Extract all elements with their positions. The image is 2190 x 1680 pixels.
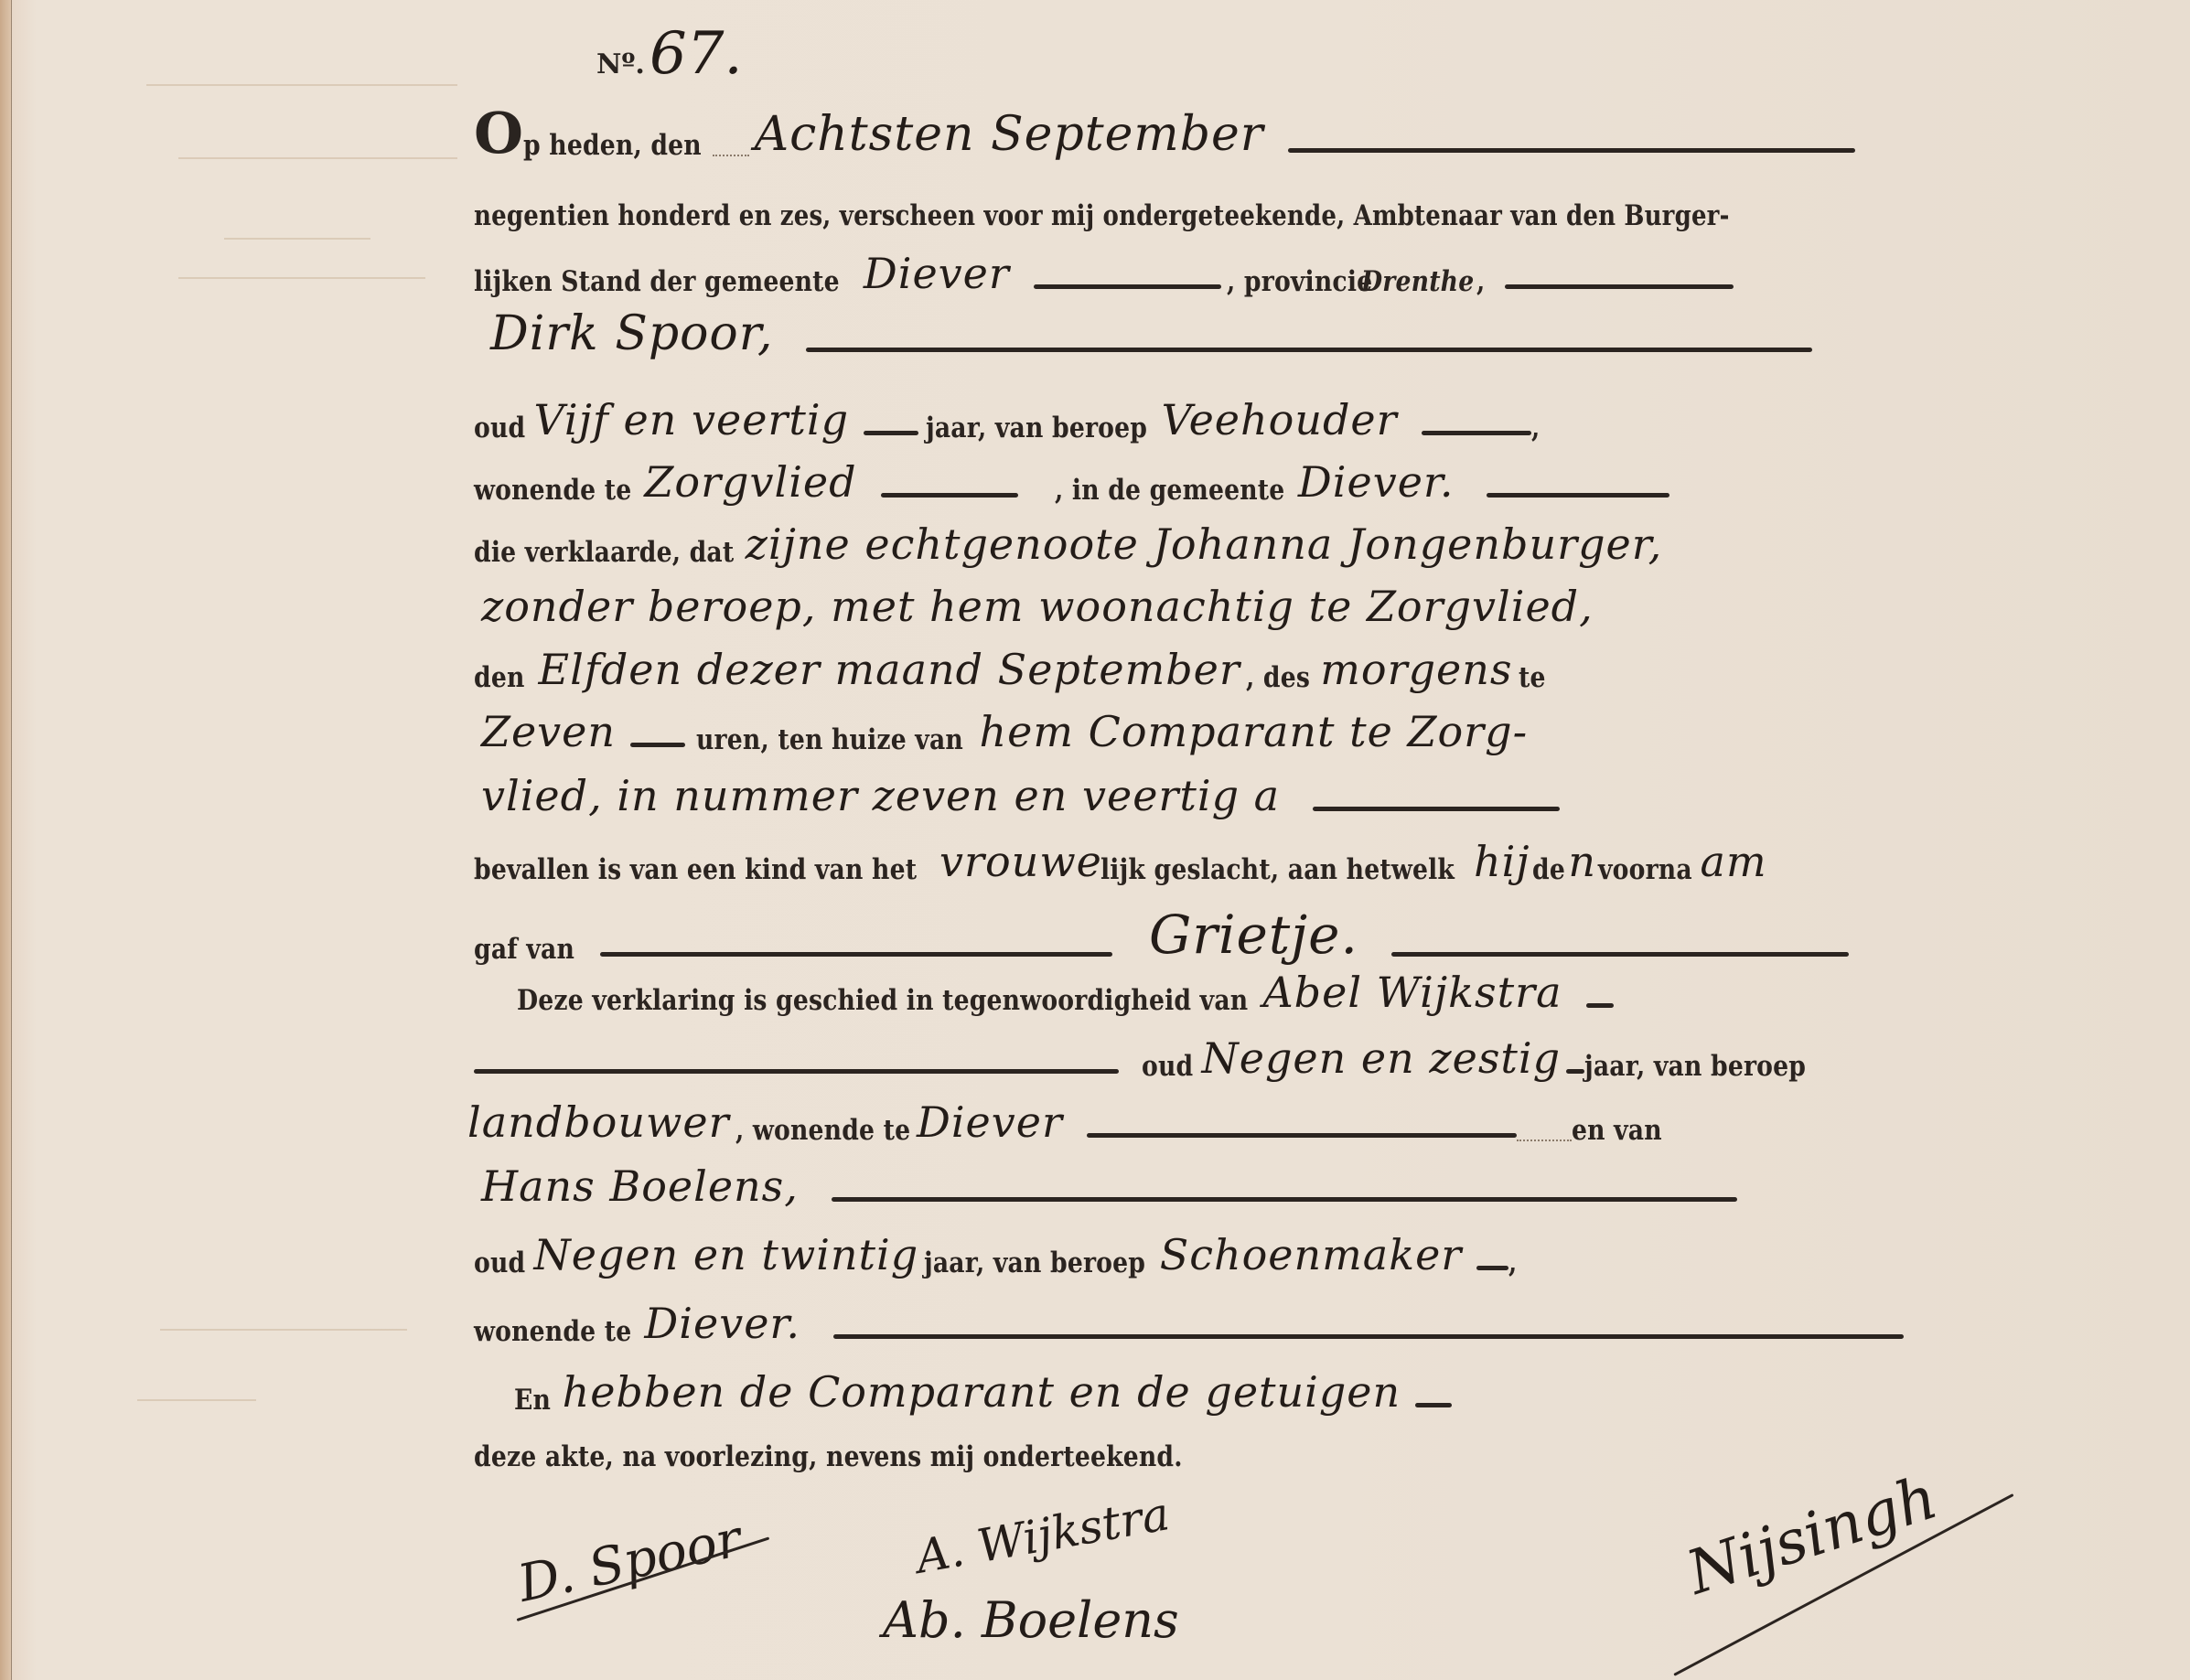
- handwritten-insert: am: [1701, 837, 1767, 886]
- handwritten-municipality: Diever: [864, 249, 1010, 298]
- fill-line: [881, 493, 1018, 498]
- handwritten-witness1-residence: Diever: [917, 1097, 1063, 1147]
- line-residence: wonende te Zorgvlied , in de gemeente Di…: [474, 457, 1669, 507]
- line-date: O p heden, den Achtsten September: [474, 105, 1855, 162]
- printed-text: deze akte, na voorlezing, nevens mij ond…: [474, 1440, 1183, 1473]
- handwritten-pronoun: hij: [1474, 837, 1530, 886]
- line-declaration: die verklaarde, dat zijne echtgenoote Jo…: [474, 519, 1668, 569]
- printed-text: gaf van: [474, 933, 574, 966]
- handwritten-residence: Zorgvlied: [644, 457, 856, 507]
- handwritten-profession: Veehouder: [1162, 395, 1398, 444]
- line-witness2-name: Hans Boelens,: [476, 1161, 1737, 1211]
- fill-line: [864, 431, 918, 435]
- fill-line: [474, 1069, 1119, 1074]
- signature-registrar: Nijsingh: [1679, 1461, 1946, 1608]
- printed-text: oud: [1142, 1050, 1193, 1083]
- line-child-sex: bevallen is van een kind van het vrouwe …: [474, 837, 1769, 886]
- line-spouse-details: zonder beroep, met hem woonachtig te Zor…: [476, 582, 1599, 631]
- handwritten-time-of-day: morgens: [1320, 645, 1512, 694]
- fill-line: [1087, 1133, 1517, 1138]
- line-municipality: lijken Stand der gemeente Diever , provi…: [474, 249, 1734, 298]
- signature-witness1: A. Wijkstra: [912, 1487, 1173, 1584]
- line-declarant-age: oud Vijf en veertig jaar, van beroep Vee…: [474, 395, 1541, 444]
- printed-text: den: [474, 661, 525, 694]
- printed-text: , wonende te: [735, 1114, 910, 1147]
- fill-line: [806, 348, 1812, 352]
- printed-text: wonende te: [474, 1315, 631, 1348]
- opening-capital: O: [474, 105, 523, 162]
- printed-text: Deze verklaring is geschied in tegenwoor…: [517, 984, 1248, 1017]
- handwritten-date: Achtsten September: [755, 107, 1264, 162]
- handwritten-declarant-name: Dirk Spoor,: [490, 306, 773, 361]
- printed-text: bevallen is van een kind van het: [474, 853, 917, 886]
- fill-line: [1566, 1069, 1584, 1074]
- printed-text: jaar, van beroep: [1584, 1050, 1806, 1083]
- handwritten-witness1-age: Negen en zestig: [1202, 1033, 1562, 1083]
- printed-text: , provincie: [1227, 265, 1372, 298]
- handwritten-witness2-residence: Diever.: [644, 1299, 800, 1348]
- fill-line: [1476, 1266, 1508, 1270]
- printed-text: uren, ten huize van: [696, 723, 963, 756]
- bleed-through-line: [137, 1399, 256, 1401]
- printed-text: oud: [474, 412, 525, 444]
- fill-line: [832, 1197, 1737, 1202]
- handwritten-birth-place: hem Comparant te Zorg-: [980, 707, 1529, 756]
- fill-line: [1422, 431, 1531, 435]
- handwritten-witness1-profession: landbouwer: [467, 1097, 730, 1147]
- fill-line: [1487, 493, 1669, 498]
- line-birth-place: Zeven uren, ten huize van hem Comparant …: [476, 707, 1533, 756]
- signature-declarant: D. Spoor: [513, 1509, 746, 1614]
- line-closing: deze akte, na voorlezing, nevens mij ond…: [474, 1440, 1298, 1473]
- fill-line: [1034, 284, 1221, 289]
- printed-text: jaar, van beroep: [926, 412, 1147, 444]
- handwritten-birth-address: vlied, in nummer zeven en veertig a: [481, 771, 1280, 820]
- binding-edge: [0, 0, 12, 1680]
- fill-line: [630, 743, 685, 747]
- bleed-through-line: [146, 84, 457, 86]
- printed-text: de: [1532, 853, 1565, 886]
- handwritten-municipality: Diever.: [1298, 457, 1455, 507]
- bleed-through-line: [160, 1329, 407, 1331]
- handwritten-age: Vijf en veertig: [534, 395, 850, 444]
- line-witness2-residence: wonende te Diever.: [474, 1299, 1904, 1348]
- printed-text: lijk geslacht, aan hetwelk: [1100, 853, 1455, 886]
- printed-text: wonende te: [474, 474, 631, 507]
- bleed-through-line: [178, 157, 457, 159]
- line-signing: En hebben de Comparant en de getuigen: [514, 1367, 1452, 1417]
- printed-text: die verklaarde, dat: [474, 536, 734, 569]
- fill-line: [1288, 148, 1855, 153]
- line-year: negentien honderd en zes, verscheen voor…: [474, 199, 1969, 232]
- handwritten-witness2-profession: Schoenmaker: [1160, 1230, 1463, 1279]
- fill-line: [1505, 284, 1734, 289]
- printed-text: ,: [1508, 1247, 1517, 1279]
- handwritten-sex: vrouwe: [939, 837, 1102, 886]
- printed-text: voorna: [1598, 853, 1692, 886]
- printed-text: ,: [1476, 265, 1485, 298]
- line-declarant: Dirk Spoor,: [485, 306, 1812, 361]
- line-witness2-age: oud Negen en twintig jaar, van beroep Sc…: [474, 1230, 1519, 1279]
- fill-line: [833, 1334, 1904, 1339]
- printed-text: negentien honderd en zes, verscheen voor…: [474, 199, 1730, 232]
- number-label: Nº.: [596, 48, 645, 80]
- handwritten-hour: Zeven: [481, 707, 616, 756]
- dotted-leader: [713, 155, 749, 156]
- handwritten-witness2: Hans Boelens,: [481, 1161, 799, 1211]
- line-birth-address: vlied, in nummer zeven en veertig a: [476, 771, 1560, 820]
- handwritten-birth-date: Elfden dezer maand September: [539, 645, 1240, 694]
- line-witness1-residence: landbouwer , wonende te Diever en van: [462, 1097, 1677, 1147]
- certificate-number: Nº. 67.: [596, 20, 743, 88]
- handwritten-spouse-details: zonder beroep, met hem woonachtig te Zor…: [481, 582, 1594, 631]
- printed-text: En: [514, 1384, 551, 1417]
- printed-text: p heden, den: [523, 129, 702, 162]
- document-page: Nº. 67. O p heden, den Achtsten Septembe…: [0, 0, 2190, 1680]
- fill-line: [600, 952, 1112, 957]
- printed-text: en van: [1572, 1114, 1662, 1147]
- printed-text: oud: [474, 1247, 525, 1279]
- line-birth-date: den Elfden dezer maand September , des m…: [474, 645, 1550, 694]
- handwritten-signing-statement: hebben de Comparant en de getuigen: [563, 1367, 1401, 1417]
- signature-witness2: Ab. Boelens: [883, 1591, 1179, 1649]
- printed-text: lijken Stand der gemeente: [474, 265, 840, 298]
- printed-text: , des: [1246, 661, 1310, 694]
- handwritten-spouse: zijne echtgenoote Johanna Jongenburger,: [746, 519, 1663, 569]
- fill-line: [1391, 952, 1849, 957]
- printed-text: ,: [1531, 412, 1540, 444]
- handwritten-witness2-age: Negen en twintig: [534, 1230, 919, 1279]
- line-child-name: gaf van Grietje.: [474, 904, 1849, 966]
- line-witness1-age: oud Negen en zestig jaar, van beroep: [474, 1033, 1842, 1083]
- printed-text: jaar, van beroep: [924, 1247, 1145, 1279]
- line-witnesses: Deze verklaring is geschied in tegenwoor…: [517, 968, 1614, 1017]
- handwritten-child-name: Grietje.: [1149, 904, 1358, 966]
- handwritten-witness1: Abel Wijkstra: [1262, 968, 1562, 1017]
- number-value: 67.: [649, 20, 743, 88]
- printed-province: Drenthe: [1361, 265, 1474, 298]
- handwritten-insert: n: [1568, 837, 1596, 886]
- fill-line: [1586, 1003, 1614, 1008]
- bleed-through-line: [178, 277, 425, 279]
- fill-line: [1415, 1403, 1452, 1407]
- printed-text: , in de gemeente: [1055, 474, 1284, 507]
- dotted-leader: [1517, 1140, 1572, 1141]
- bleed-through-line: [224, 238, 370, 240]
- fill-line: [1313, 807, 1560, 811]
- printed-text: te: [1519, 661, 1546, 694]
